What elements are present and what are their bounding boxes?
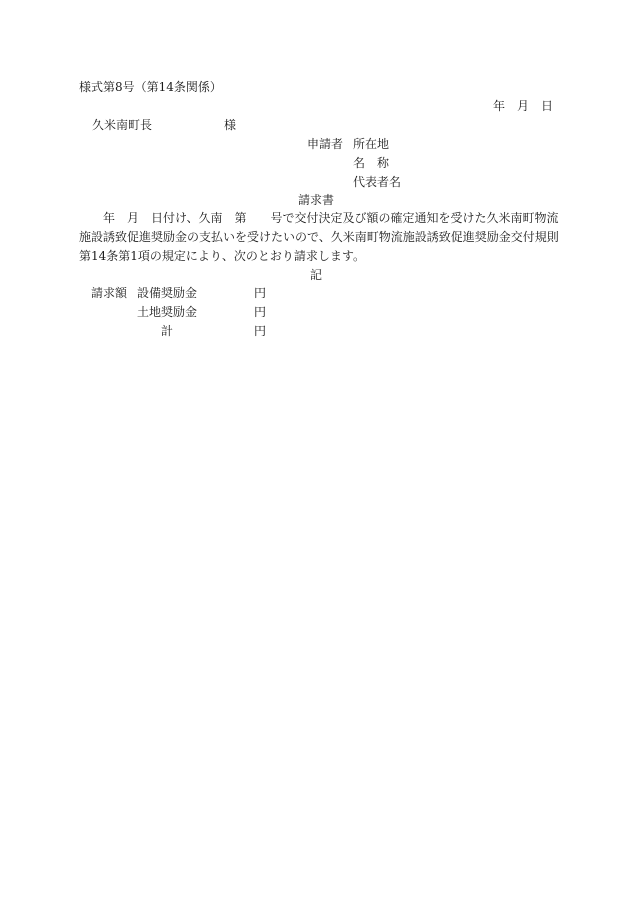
item-total-label: 計 bbox=[161, 324, 173, 338]
document-title: 請求書 bbox=[298, 193, 334, 207]
document-page: 様式第8号（第14条関係） 年 月 日 久米南町長 様 申請者 所在地 名 称 … bbox=[0, 0, 630, 903]
body-line-2: 施設誘致促進奨励金の支払いを受けたいので、久米南町物流施設誘致促進奨励金交付規則 bbox=[79, 230, 559, 244]
item-total-unit: 円 bbox=[254, 324, 266, 338]
representative-label: 代表者名 bbox=[353, 175, 401, 189]
date-day: 日 bbox=[541, 99, 553, 113]
applicant-label: 申請者 bbox=[307, 137, 343, 151]
body-line-1: 年 月 日付け、久南 第 号で交付決定及び額の確定通知を受けた久米南町物流 bbox=[79, 211, 559, 225]
honorific: 様 bbox=[224, 118, 236, 132]
date-month: 月 bbox=[517, 99, 529, 113]
name-label: 名 称 bbox=[353, 156, 389, 170]
form-number: 様式第8号（第14条関係） bbox=[79, 80, 222, 94]
item-land-unit: 円 bbox=[254, 305, 266, 319]
addressee: 久米南町長 bbox=[92, 118, 152, 132]
address-label: 所在地 bbox=[353, 137, 389, 151]
item-equipment-unit: 円 bbox=[254, 286, 266, 300]
date-year: 年 bbox=[493, 99, 505, 113]
item-equipment-label: 設備奨励金 bbox=[137, 286, 197, 300]
body-line-3: 第14条第1項の規定により、次のとおり請求します。 bbox=[79, 249, 365, 263]
note-label: 記 bbox=[310, 268, 322, 282]
amount-label: 請求額 bbox=[91, 286, 127, 300]
item-land-label: 土地奨励金 bbox=[137, 305, 197, 319]
